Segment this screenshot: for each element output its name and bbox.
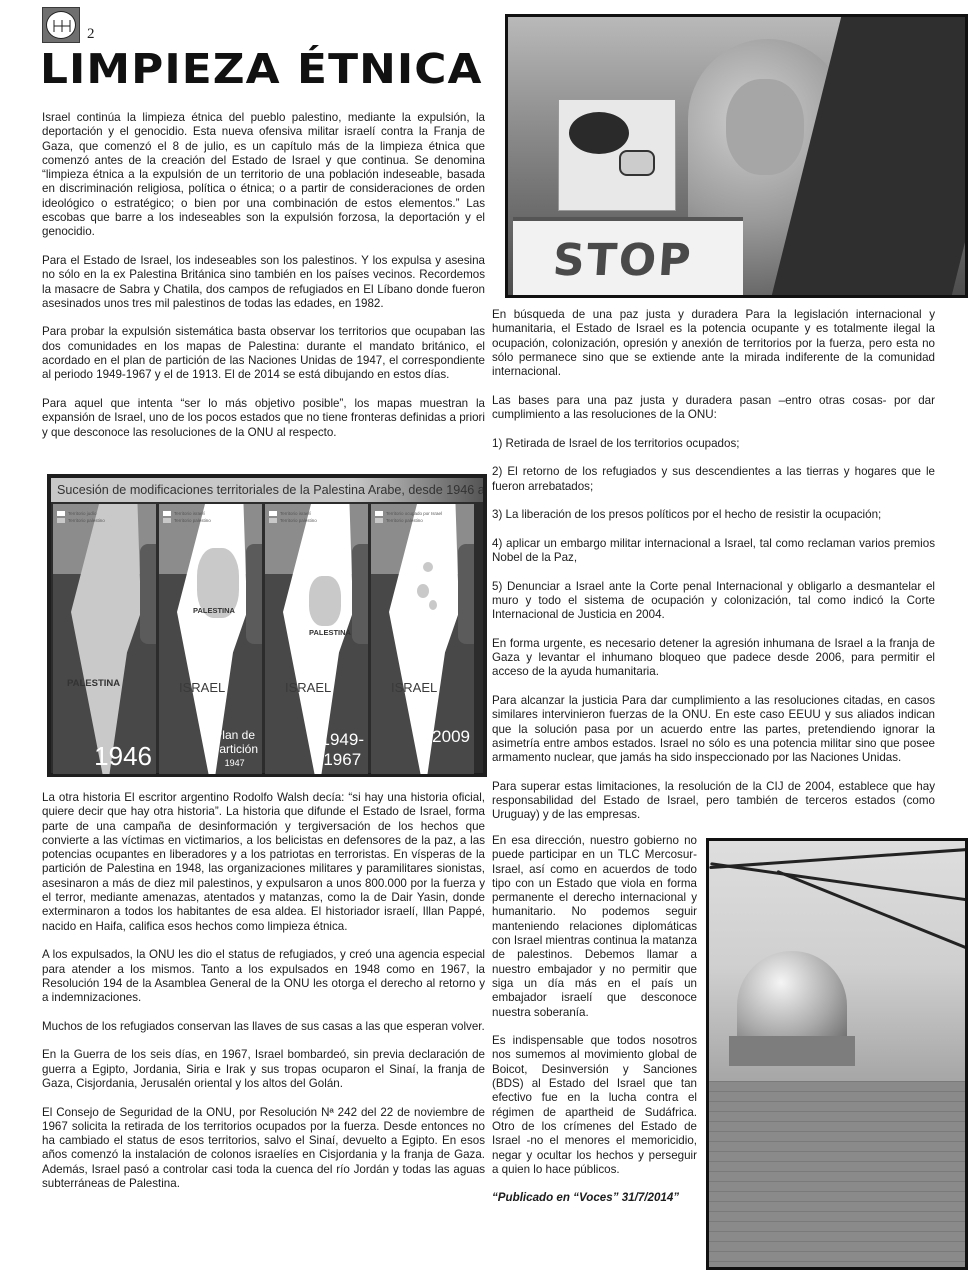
- map-label: PALESTINA: [309, 628, 351, 637]
- list-item: 5) Denunciar a Israel ante la Corte pena…: [492, 580, 935, 623]
- paragraph: Es indispensable que todos nosotros nos …: [492, 1034, 697, 1177]
- publication-logo: [42, 7, 80, 43]
- paragraph: A los expulsados, la ONU les dio el stat…: [42, 948, 485, 1005]
- map-label: PALESTINA: [67, 678, 120, 689]
- map-panel-1949-1967: Territorio israelí Territorio palestino …: [265, 504, 368, 774]
- map-legend: Territorio ocupado por Israel Territorio…: [375, 510, 442, 524]
- map-panel-1946: Territorio judío Territorio palestino PA…: [53, 504, 156, 774]
- maps-title: Sucesión de modificaciones territoriales…: [51, 478, 483, 502]
- map-label: ISRAEL: [179, 680, 225, 695]
- stone-wall: [709, 1081, 968, 1270]
- map-legend: Territorio judío Territorio palestino: [57, 510, 105, 524]
- protest-photo: STOP: [505, 14, 968, 298]
- publication-credit: “Publicado en “Voces” 31/7/2014”: [492, 1191, 697, 1205]
- article-title: LIMPIEZA ÉTNICA: [40, 45, 516, 93]
- page-number: 2: [87, 26, 95, 43]
- map-label: ISRAEL: [285, 680, 331, 695]
- gear-shift-lines-icon: [43, 8, 81, 44]
- left-column-top: Israel continúa la limpieza étnica del p…: [42, 111, 485, 454]
- jerusalem-dome-photo: [706, 838, 968, 1270]
- stop-sign: STOP: [513, 217, 743, 298]
- list-item: 2) El retorno de los refugiados y sus de…: [492, 465, 935, 494]
- map-year: 1946: [94, 742, 152, 770]
- map-legend: Territorio israelí Territorio palestino: [163, 510, 211, 524]
- paragraph: La otra historia El escritor argentino R…: [42, 791, 485, 934]
- left-column-bottom: La otra historia El escritor argentino R…: [42, 791, 485, 1206]
- paragraph: Muchos de los refugiados conservan las l…: [42, 1020, 485, 1034]
- list-item: 3) La liberación de los presos políticos…: [492, 508, 935, 522]
- paragraph: Las bases para una paz justa y duradera …: [492, 394, 935, 423]
- paragraph: Para superar estas limitaciones, la reso…: [492, 780, 935, 823]
- dome-of-the-rock: [737, 951, 847, 1041]
- map-year: 2009: [432, 726, 470, 748]
- barbed-wire: [709, 848, 968, 869]
- paragraph: El Consejo de Seguridad de la ONU, por R…: [42, 1106, 485, 1192]
- paragraph: En forma urgente, es necesario detener l…: [492, 637, 935, 680]
- right-column: En búsqueda de una paz justa y duradera …: [492, 308, 935, 823]
- right-column-narrow: En esa dirección, nuestro gobierno no pu…: [492, 834, 697, 1220]
- paragraph: Para aquel que intenta “ser lo más objet…: [42, 397, 485, 440]
- paragraph: Israel continúa la limpieza étnica del p…: [42, 111, 485, 240]
- paragraph: Para probar la expulsión sistemática bas…: [42, 325, 485, 382]
- paragraph: En la Guerra de los seis días, en 1967, …: [42, 1048, 485, 1091]
- cartoon-placard: [558, 99, 676, 211]
- map-year: 1949- 1967: [321, 730, 364, 770]
- map-label: PALESTINA: [193, 606, 235, 615]
- paragraph: Para el Estado de Israel, los indeseable…: [42, 254, 485, 311]
- map-year: Plan de Partición 1947: [211, 728, 258, 770]
- paragraph: En esa dirección, nuestro gobierno no pu…: [492, 834, 697, 1020]
- paragraph: Para alcanzar la justicia Para dar cumpl…: [492, 694, 935, 765]
- list-item: 1) Retirada de Israel de los territorios…: [492, 437, 935, 451]
- territorial-maps-figure: Sucesión de modificaciones territoriales…: [47, 474, 487, 777]
- list-item: 4) aplicar un embargo militar internacio…: [492, 537, 935, 566]
- barbed-wire: [776, 870, 968, 955]
- map-label: ISRAEL: [391, 680, 437, 695]
- map-panel-2009: Territorio ocupado por Israel Territorio…: [371, 504, 474, 774]
- map-panel-1947: Territorio israelí Territorio palestino …: [159, 504, 262, 774]
- paragraph: En búsqueda de una paz justa y duradera …: [492, 308, 935, 379]
- map-legend: Territorio israelí Territorio palestino: [269, 510, 317, 524]
